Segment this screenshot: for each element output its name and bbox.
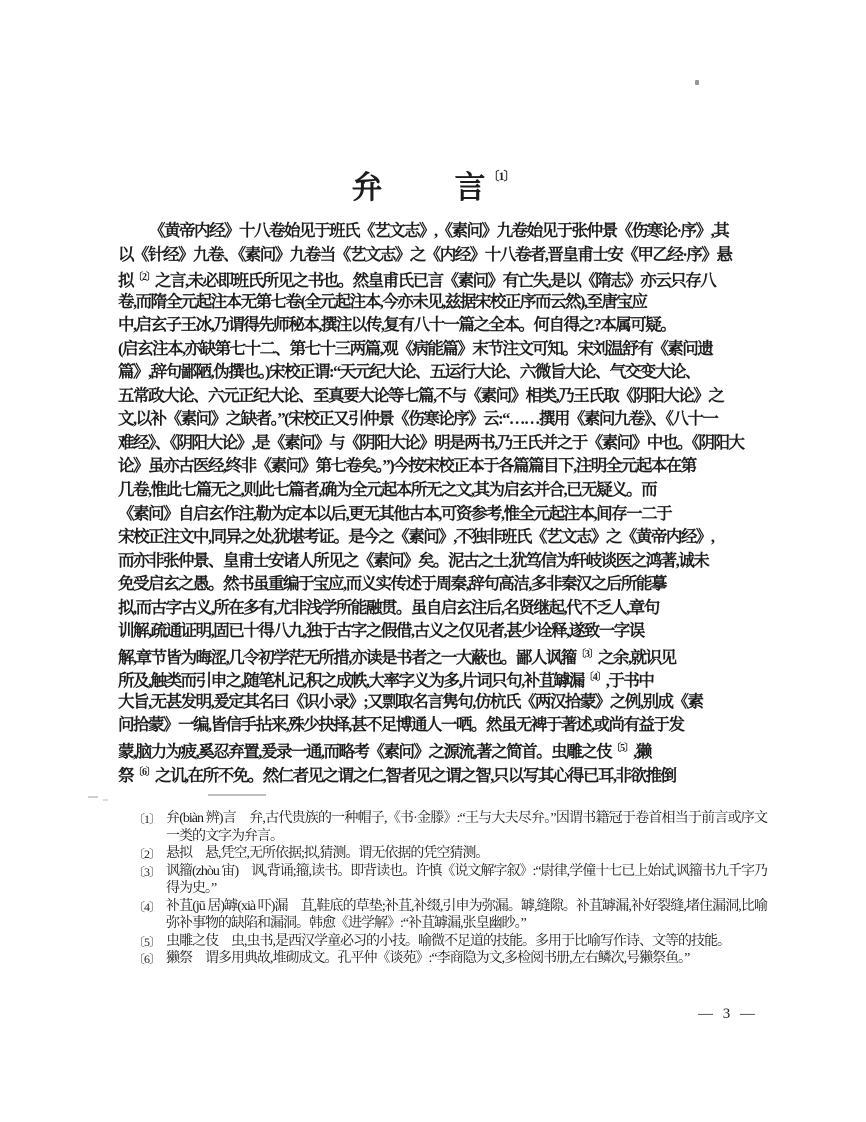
- footnote-marker: 〔2〕: [133, 846, 160, 864]
- text-line: 难经》、《阴阳大论》,是《素问》与《阴阳大论》明是两书,乃王氏并之于《素问》中也…: [118, 431, 778, 455]
- footnote-text: 补苴(jū 居)罅(xià 吓)漏 苴,鞋底的草垫;补苴,补缀,引申为弥漏。罅,…: [166, 899, 767, 932]
- text-line: 问拾蒙》一编,皆信手拈来,殊少抉择,甚不足博通人一哂。然虽无裨于著述,或尚有益于…: [118, 713, 778, 737]
- page-title: 弁言〔1〕: [0, 162, 866, 207]
- footnote-item: 〔6〕獭祭 谓多用典故,堆砌成文。孔平仲《谈苑》:“李商隐为文,多检阅书册,左右…: [133, 950, 767, 968]
- scanned-book-page: 弁言〔1〕 《黄帝内经》十八卷始见于班氏《艺文志》,《素问》九卷始见于张仲景《伤…: [0, 0, 866, 1122]
- scan-artifact-speck: [695, 80, 699, 85]
- footnote-text: 讽籀(zhòu 宙) 讽,背诵;籀,读书。即背读也。许慎《说文解字叙》:“尉律,…: [166, 864, 767, 897]
- scan-artifact-dash: [103, 799, 108, 801]
- title-footnote-superscript: 〔1〕: [487, 169, 514, 183]
- text-line: 所及,触类而引申之,随笔札记,积之成帙,大率字义为多,片词只句,补苴罅漏〔4〕,…: [118, 666, 778, 690]
- title-char-right: 言: [454, 162, 485, 207]
- footnote-text: 虫雕之伎 虫,虫书,是西汉学童必习的小技。喻微不足道的技能。多用于比喻写作诗、文…: [166, 934, 730, 949]
- footnote-text: 弁(biàn 辨)言 弁,古代贵族的一种帽子,《书·金滕》:“王与大夫尽弁。”因…: [166, 811, 767, 844]
- footnote-item: 〔1〕弁(biàn 辨)言 弁,古代贵族的一种帽子,《书·金滕》:“王与大夫尽弁…: [133, 810, 767, 845]
- footnotes: 〔1〕弁(biàn 辨)言 弁,古代贵族的一种帽子,《书·金滕》:“王与大夫尽弁…: [133, 810, 767, 968]
- text-line: 文,以补《素问》之缺者。”(宋校正又引仲景《伤寒论序》云:“……撰用《素问九卷》…: [118, 407, 778, 431]
- footnote-marker: 〔5〕: [133, 934, 160, 952]
- text-line: 祭〔6〕之讥,在所不免。然仁者见之谓之仁,智者见之谓之智,只以写其心得已耳,非欲…: [118, 761, 778, 785]
- scan-artifact-dash: [88, 796, 98, 798]
- footnote-item: 〔5〕虫雕之伎 虫,虫书,是西汉学童必习的小技。喻微不足道的技能。多用于比喻写作…: [133, 933, 767, 951]
- text-line: 论》虽亦古医经,终非《素问》第七卷矣。”)今按宋校正本于各篇篇目下,注明全元起本…: [118, 454, 778, 478]
- footnote-item: 〔3〕讽籀(zhòu 宙) 讽,背诵;籀,读书。即背读也。许慎《说文解字叙》:“…: [133, 863, 767, 898]
- page-number: — 3 —: [698, 1006, 758, 1023]
- footnote-separator-rule: [208, 794, 266, 796]
- footnote-text: 獭祭 谓多用典故,堆砌成文。孔平仲《谈苑》:“李商隐为文,多检阅书册,左右鳞次,…: [166, 951, 689, 966]
- text-line: 《黄帝内经》十八卷始见于班氏《艺文志》,《素问》九卷始见于张仲景《伤寒论·序》,…: [118, 219, 778, 243]
- text-line: 宋校正注文中,同异之处,犹堪考证。是今之《素问》,不独非班氏《艺文志》之《黄帝内…: [118, 525, 778, 549]
- text-line: 五常政大论、六元正纪大论、至真要大论等七篇,不与《素问》相类,乃王氏取《阴阳大论…: [118, 384, 778, 408]
- text-line: 卷,而隋全元起注本无第七卷(全元起注本,今亦未见,兹据宋校正序而云然),至唐宝应: [118, 290, 778, 314]
- text-line: 《素问》自启玄作注,勒为定本以后,更无其他古本,可资参考,惟全元起注本,间存一二…: [118, 502, 778, 526]
- title-char-left: 弁: [351, 162, 382, 207]
- footnote-item: 〔4〕补苴(jū 居)罅(xià 吓)漏 苴,鞋底的草垫;补苴,补缀,引申为弥漏…: [133, 898, 767, 933]
- text-line: 大旨,无甚发明,爰定其名曰《识小录》;又剽取名言隽句,仿杭氏《两汉拾蒙》之例,别…: [118, 690, 778, 714]
- text-line: 几卷,惟此七篇无之,则此七篇者,确为全元起本所无之文,其为启玄并合,已无疑义。而: [118, 478, 778, 502]
- footnote-marker: 〔1〕: [133, 811, 160, 829]
- text-line: 篇》,辞句鄙陋,伪撰也。)宋校正谓:“天元纪大论、五运行大论、六微旨大论、气交变…: [118, 360, 778, 384]
- text-line: 拟,而古字古义,所在多有,尤非浅学所能融贯。虽自启玄注后,名贤继起,代不乏人,章…: [118, 596, 778, 620]
- footnote-marker: 〔4〕: [133, 899, 160, 917]
- text-line: 训解,疏通证明,固已十得八九,独于古字之假借,古义之仅见者,甚少诠释,遂致一字误: [118, 619, 778, 643]
- text-line: 解,章节皆为晦涩,几令初学茫无所措,亦读是书者之一大蔽也。鄙人讽籀〔3〕之余,就…: [118, 643, 778, 667]
- footnote-item: 〔2〕悬拟 悬,凭空,无所依据;拟,猜测。谓无依据的凭空猜测。: [133, 845, 767, 863]
- footnote-marker: 〔3〕: [133, 864, 160, 882]
- main-text: 《黄帝内经》十八卷始见于班氏《艺文志》,《素问》九卷始见于张仲景《伤寒论·序》,…: [118, 219, 778, 784]
- text-line: 拟〔2〕之言,未必即班氏所见之书也。然皇甫氏已言《素问》有亡失,是以《隋志》亦云…: [118, 266, 778, 290]
- footnote-marker: 〔6〕: [133, 951, 160, 969]
- text-line: 以《针经》九卷、《素问》九卷当《艺文志》之《内经》十八卷者,晋皇甫士安《甲乙经·…: [118, 243, 778, 267]
- text-line: (启玄注本,亦缺第七十二、第七十三两篇,观《病能篇》末节注文可知。宋刘温舒有《素…: [118, 337, 778, 361]
- text-line: 免受启玄之愚。然书虽重编于宝应,而义实传述于周秦,辞句高洁,多非秦汉之后所能摹: [118, 572, 778, 596]
- text-line: 而亦非张仲景、皇甫士安诸人所见之《素问》矣。泥古之士,犹笃信为轩岐谈医之鸿著,诚…: [118, 549, 778, 573]
- footnote-text: 悬拟 悬,凭空,无所依据;拟,猜测。谓无依据的凭空猜测。: [166, 846, 488, 861]
- text-line: 蒙,脑力为疲,奚忍弃置,爰录一通,而略考《素问》之源流,著之简首。虫雕之伎〔5〕…: [118, 737, 778, 761]
- text-line: 中,启玄子王冰,乃谓得先师秘本,撰注以传,复有八十一篇之全本。何自得之?本属可疑…: [118, 313, 778, 337]
